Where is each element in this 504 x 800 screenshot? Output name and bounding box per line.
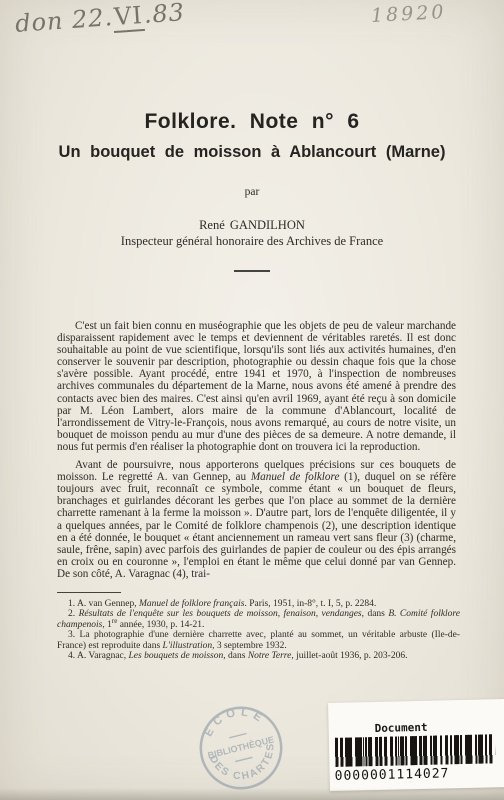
library-stamp: ECOLE BIBLIOTHÈQUE DES CHARTES bbox=[182, 689, 301, 800]
footnote-2: 2. Résultats de l'enquête sur les bouque… bbox=[57, 609, 460, 630]
document-header: Folklore. Note n° 6 Un bouquet de moisso… bbox=[0, 0, 504, 272]
footnotes: 1. A. van Gennep, Manuel de folklore fra… bbox=[57, 599, 460, 662]
barcode-number: 0000001114027 bbox=[335, 765, 504, 784]
footnote-4: 4. A. Varagnac, Les bouquets de moisson,… bbox=[57, 651, 460, 662]
byline: par bbox=[0, 186, 504, 198]
author-role: Inspecteur général honoraire des Archive… bbox=[0, 234, 504, 249]
author-name: René GANDILHON bbox=[0, 218, 504, 233]
footnote-1: 1. A. van Gennep, Manuel de folklore fra… bbox=[57, 599, 460, 610]
body-text: C'est un fait bien connu en muséographie… bbox=[57, 320, 456, 580]
paragraph-1: C'est un fait bien connu en muséographie… bbox=[57, 320, 456, 453]
title-divider-rule bbox=[234, 270, 270, 272]
donation-note-suffix: .83 bbox=[143, 0, 186, 29]
scanned-document-page: don 22.VI.83 18920 Folklore. Note n° 6 U… bbox=[0, 0, 504, 800]
barcode-icon bbox=[335, 734, 496, 767]
handwritten-accession-number: 18920 bbox=[370, 1, 447, 27]
paragraph-2: Avant de poursuivre, nous apporterons qu… bbox=[57, 459, 456, 580]
svg-text:ECOLE: ECOLE bbox=[198, 700, 270, 741]
page-subtitle: Un bouquet de moisson à Ablancourt (Marn… bbox=[0, 143, 504, 162]
barcode-sticker: Document 0000001114027 bbox=[328, 699, 504, 791]
page-title: Folklore. Note n° 6 bbox=[0, 110, 504, 134]
barcode-sticker-title: Document bbox=[374, 719, 504, 735]
footnote-separator-rule bbox=[57, 592, 121, 593]
donation-note-roman-numeral: VI bbox=[112, 1, 145, 33]
library-stamp-icon: ECOLE BIBLIOTHÈQUE DES CHARTES bbox=[182, 689, 301, 800]
footnote-3: 3. La photographie d'une dernière charre… bbox=[57, 630, 460, 651]
stamp-text-top: ECOLE bbox=[198, 700, 270, 741]
